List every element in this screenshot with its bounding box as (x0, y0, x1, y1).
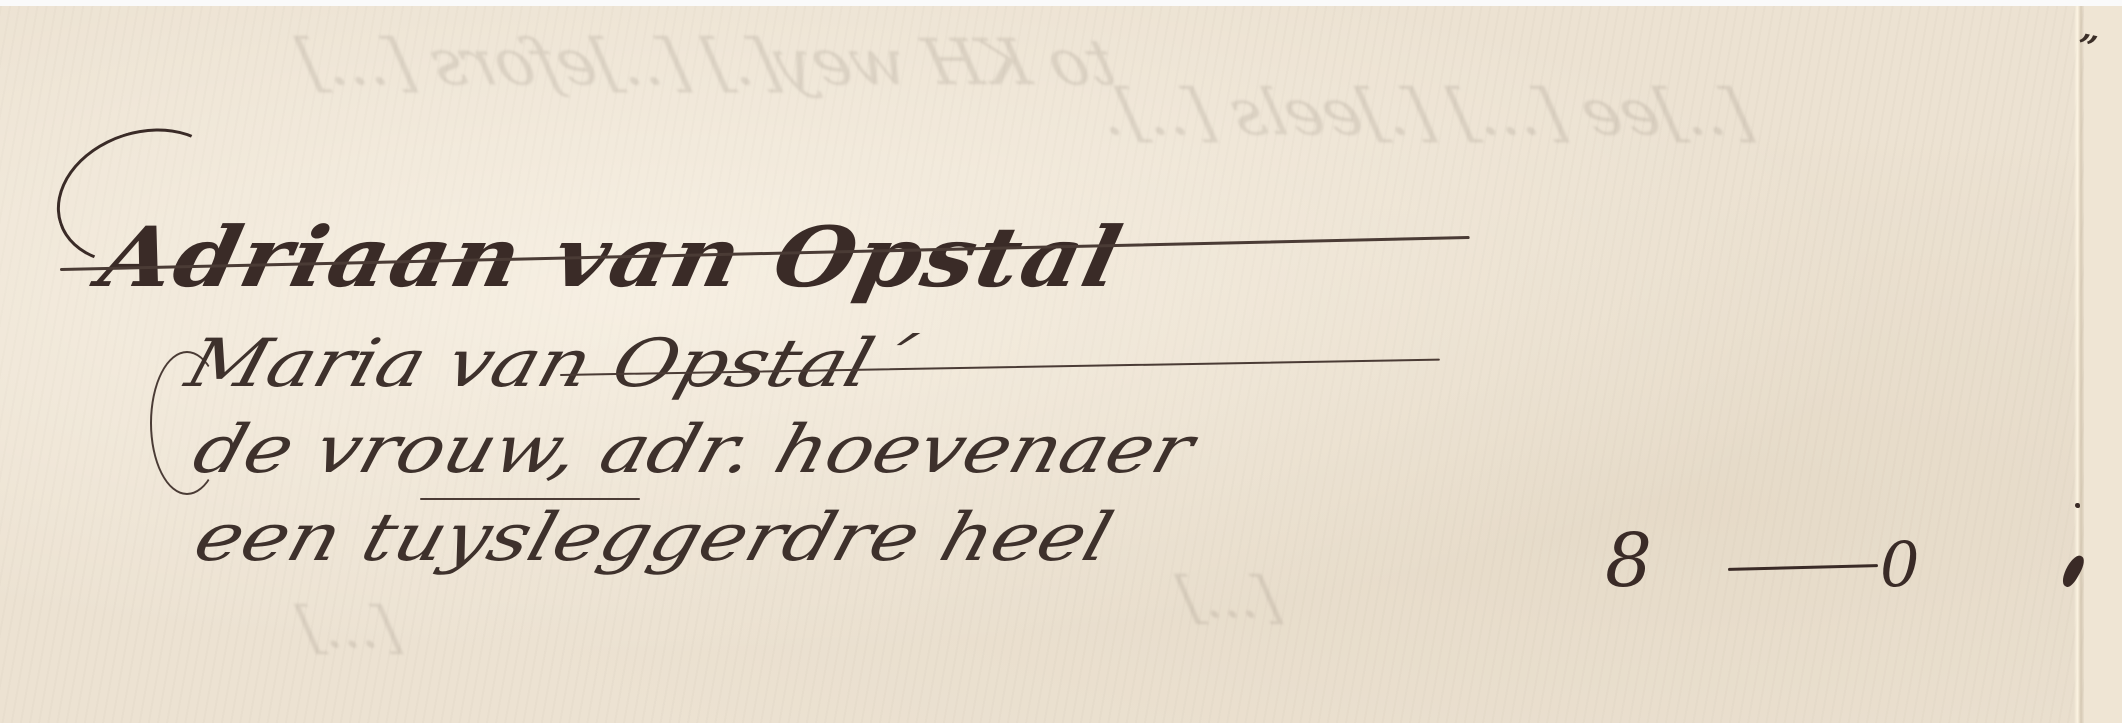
page-right-margin (2084, 6, 2122, 723)
manuscript-page: to KH wey[.] [..]efors [...] [..]ee [...… (0, 6, 2122, 723)
amount-pounds: 8 (1605, 518, 1652, 604)
ink-dot (2075, 503, 2080, 508)
entry-line-3: de vrouw, adr. hoevenaer (185, 412, 1202, 489)
amount-separator (1728, 564, 1878, 571)
entry-line-2: Maria van Opstal´ (178, 326, 921, 403)
bleed-through-text: to KH wey[.] [..]efors [...] (291, 26, 1123, 100)
page-fold (2074, 6, 2084, 723)
entry-line-4: een tuysleggerdre heel (186, 500, 1121, 577)
bleed-through-text: [...] (1172, 566, 1285, 631)
amount-pence: 0 (1880, 528, 1919, 601)
bleed-through-text: [...] (292, 596, 405, 661)
bleed-through-text: [..]ee [...] [.]eels [..]. (1091, 76, 1758, 150)
overline-stroke (420, 498, 640, 500)
